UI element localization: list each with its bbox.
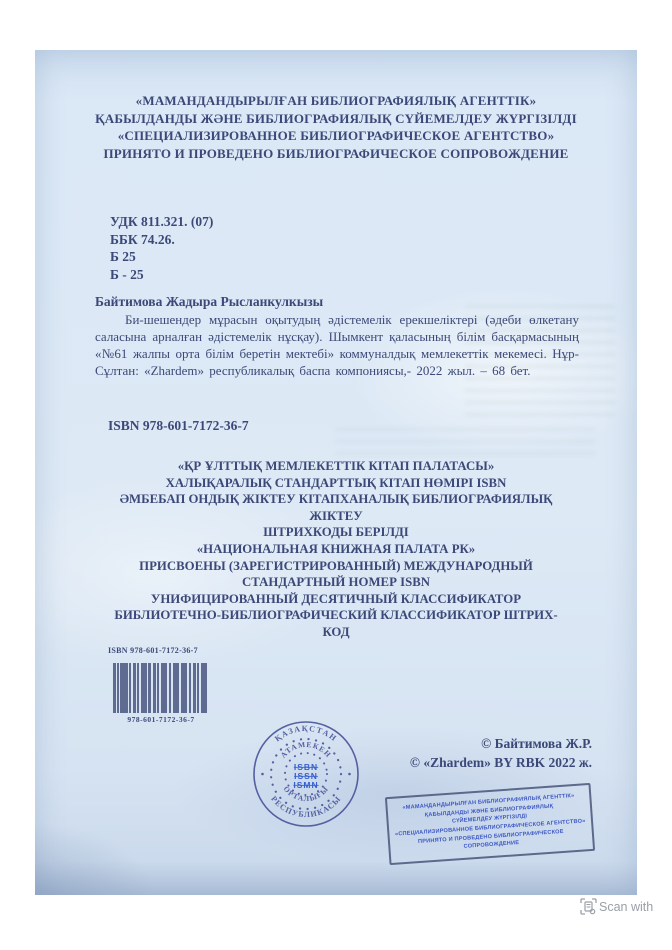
header-line: «СПЕЦИАЛИЗИРОВАННОЕ БИБЛИОГРАФИЧЕСКОЕ АГ…	[55, 127, 617, 145]
isbn-line: ISBN 978-601-7172-36-7	[108, 418, 249, 434]
registry-line: УНИФИЦИРОВАННЫЙ ДЕСЯТИЧНЫЙ КЛАССИФИКАТОР	[50, 591, 622, 608]
registry-line: ЖІКТЕУ	[50, 508, 622, 525]
round-stamp-icon: ҚАЗАҚСТАН РЕСПУБЛИКАСЫ АТАМЕКЕН ОРТАЛЫҒЫ…	[246, 714, 366, 834]
registry-line: ШТРИХКОДЫ БЕРІЛДІ	[50, 524, 622, 541]
udc-code: УДК 811.321. (07)	[110, 213, 213, 231]
barcode-icon	[113, 663, 209, 713]
watermark-label: Scan with	[599, 900, 653, 914]
svg-text:АТАМЕКЕН: АТАМЕКЕН	[279, 740, 334, 760]
header-line: ҚАБЫЛДАНДЫ ЖӘНЕ БИБЛИОГРАФИЯЛЫҚ СҮЙЕМЕЛД…	[55, 110, 617, 128]
annotation-paragraph: Би-шешендер мұрасын оқытудың әдістемелік…	[95, 311, 579, 379]
registry-line: БИБЛИОТЕЧНО-БИБЛИОГРАФИЧЕСКИЙ КЛАССИФИКА…	[50, 607, 622, 624]
registry-line: ӘМБЕБАП ОНДЫҚ ЖІКТЕУ КІТАПХАНАЛЫҚ БИБЛИО…	[50, 491, 622, 508]
scanner-watermark: Scan with	[580, 898, 653, 915]
bbk-code: ББК 74.26.	[110, 231, 213, 249]
classification-codes-block: УДК 811.321. (07) ББК 74.26. Б 25 Б - 25	[110, 213, 213, 283]
scanned-document-page: «МАМАНДАНДЫРЫЛҒАН БИБЛИОГРАФИЯЛЫҚ АГЕНТТ…	[35, 50, 637, 895]
registry-line: СТАНДАРТНЫЙ НОМЕР ISBN	[50, 574, 622, 591]
stamp-center-ismn: ISMN	[293, 780, 318, 790]
registry-line: «ҚР ҰЛТТЫҚ МЕМЛЕКЕТТІК КІТАП ПАЛАТАСЫ»	[50, 458, 622, 475]
rect-stamp-icon: «МАМАНДАНДЫРЫЛҒАН БИБЛИОГРАФИЯЛЫҚ АГЕНТТ…	[385, 783, 595, 865]
header-line: «МАМАНДАНДЫРЫЛҒАН БИБЛИОГРАФИЯЛЫҚ АГЕНТТ…	[55, 92, 617, 110]
registry-line: КОД	[50, 624, 622, 641]
copyright-author: © Байтимова Ж.Р.	[410, 734, 592, 753]
barcode-block: 978-601-7172-36-7	[113, 663, 209, 724]
barcode-number: 978-601-7172-36-7	[113, 715, 209, 724]
registry-line: ХАЛЫҚАРАЛЫҚ СТАНДАРТТЫҚ КІТАП НӨМІРІ ISB…	[50, 475, 622, 492]
copyright-publisher: © «Zhardem» BY RBK 2022 ж.	[410, 753, 592, 772]
scan-icon	[580, 898, 597, 915]
isbn-small-line: ISBN 978-601-7172-36-7	[108, 646, 198, 655]
registry-line: «НАЦИОНАЛЬНАЯ КНИЖНАЯ ПАЛАТА РК»	[50, 541, 622, 558]
author-sign-code: Б - 25	[110, 266, 213, 284]
author-sign-code: Б 25	[110, 248, 213, 266]
stamp-inner-top-text: АТАМЕКЕН	[279, 740, 334, 760]
copyright-block: © Байтимова Ж.Р. © «Zhardem» BY RBK 2022…	[410, 734, 592, 772]
registry-line: ПРИСВОЕНЫ (ЗАРЕГИСТРИРОВАННЫЙ) МЕЖДУНАРО…	[50, 558, 622, 575]
agency-header-block: «МАМАНДАНДЫРЫЛҒАН БИБЛИОГРАФИЯЛЫҚ АГЕНТТ…	[55, 92, 617, 162]
book-chamber-registry-block: «ҚР ҰЛТТЫҚ МЕМЛЕКЕТТІК КІТАП ПАЛАТАСЫ» Х…	[50, 458, 622, 641]
header-line: ПРИНЯТО И ПРОВЕДЕНО БИБЛИОГРАФИЧЕСКОЕ СО…	[55, 145, 617, 163]
author-name: Байтимова Жадыра Рысланкулкызы	[95, 294, 323, 310]
